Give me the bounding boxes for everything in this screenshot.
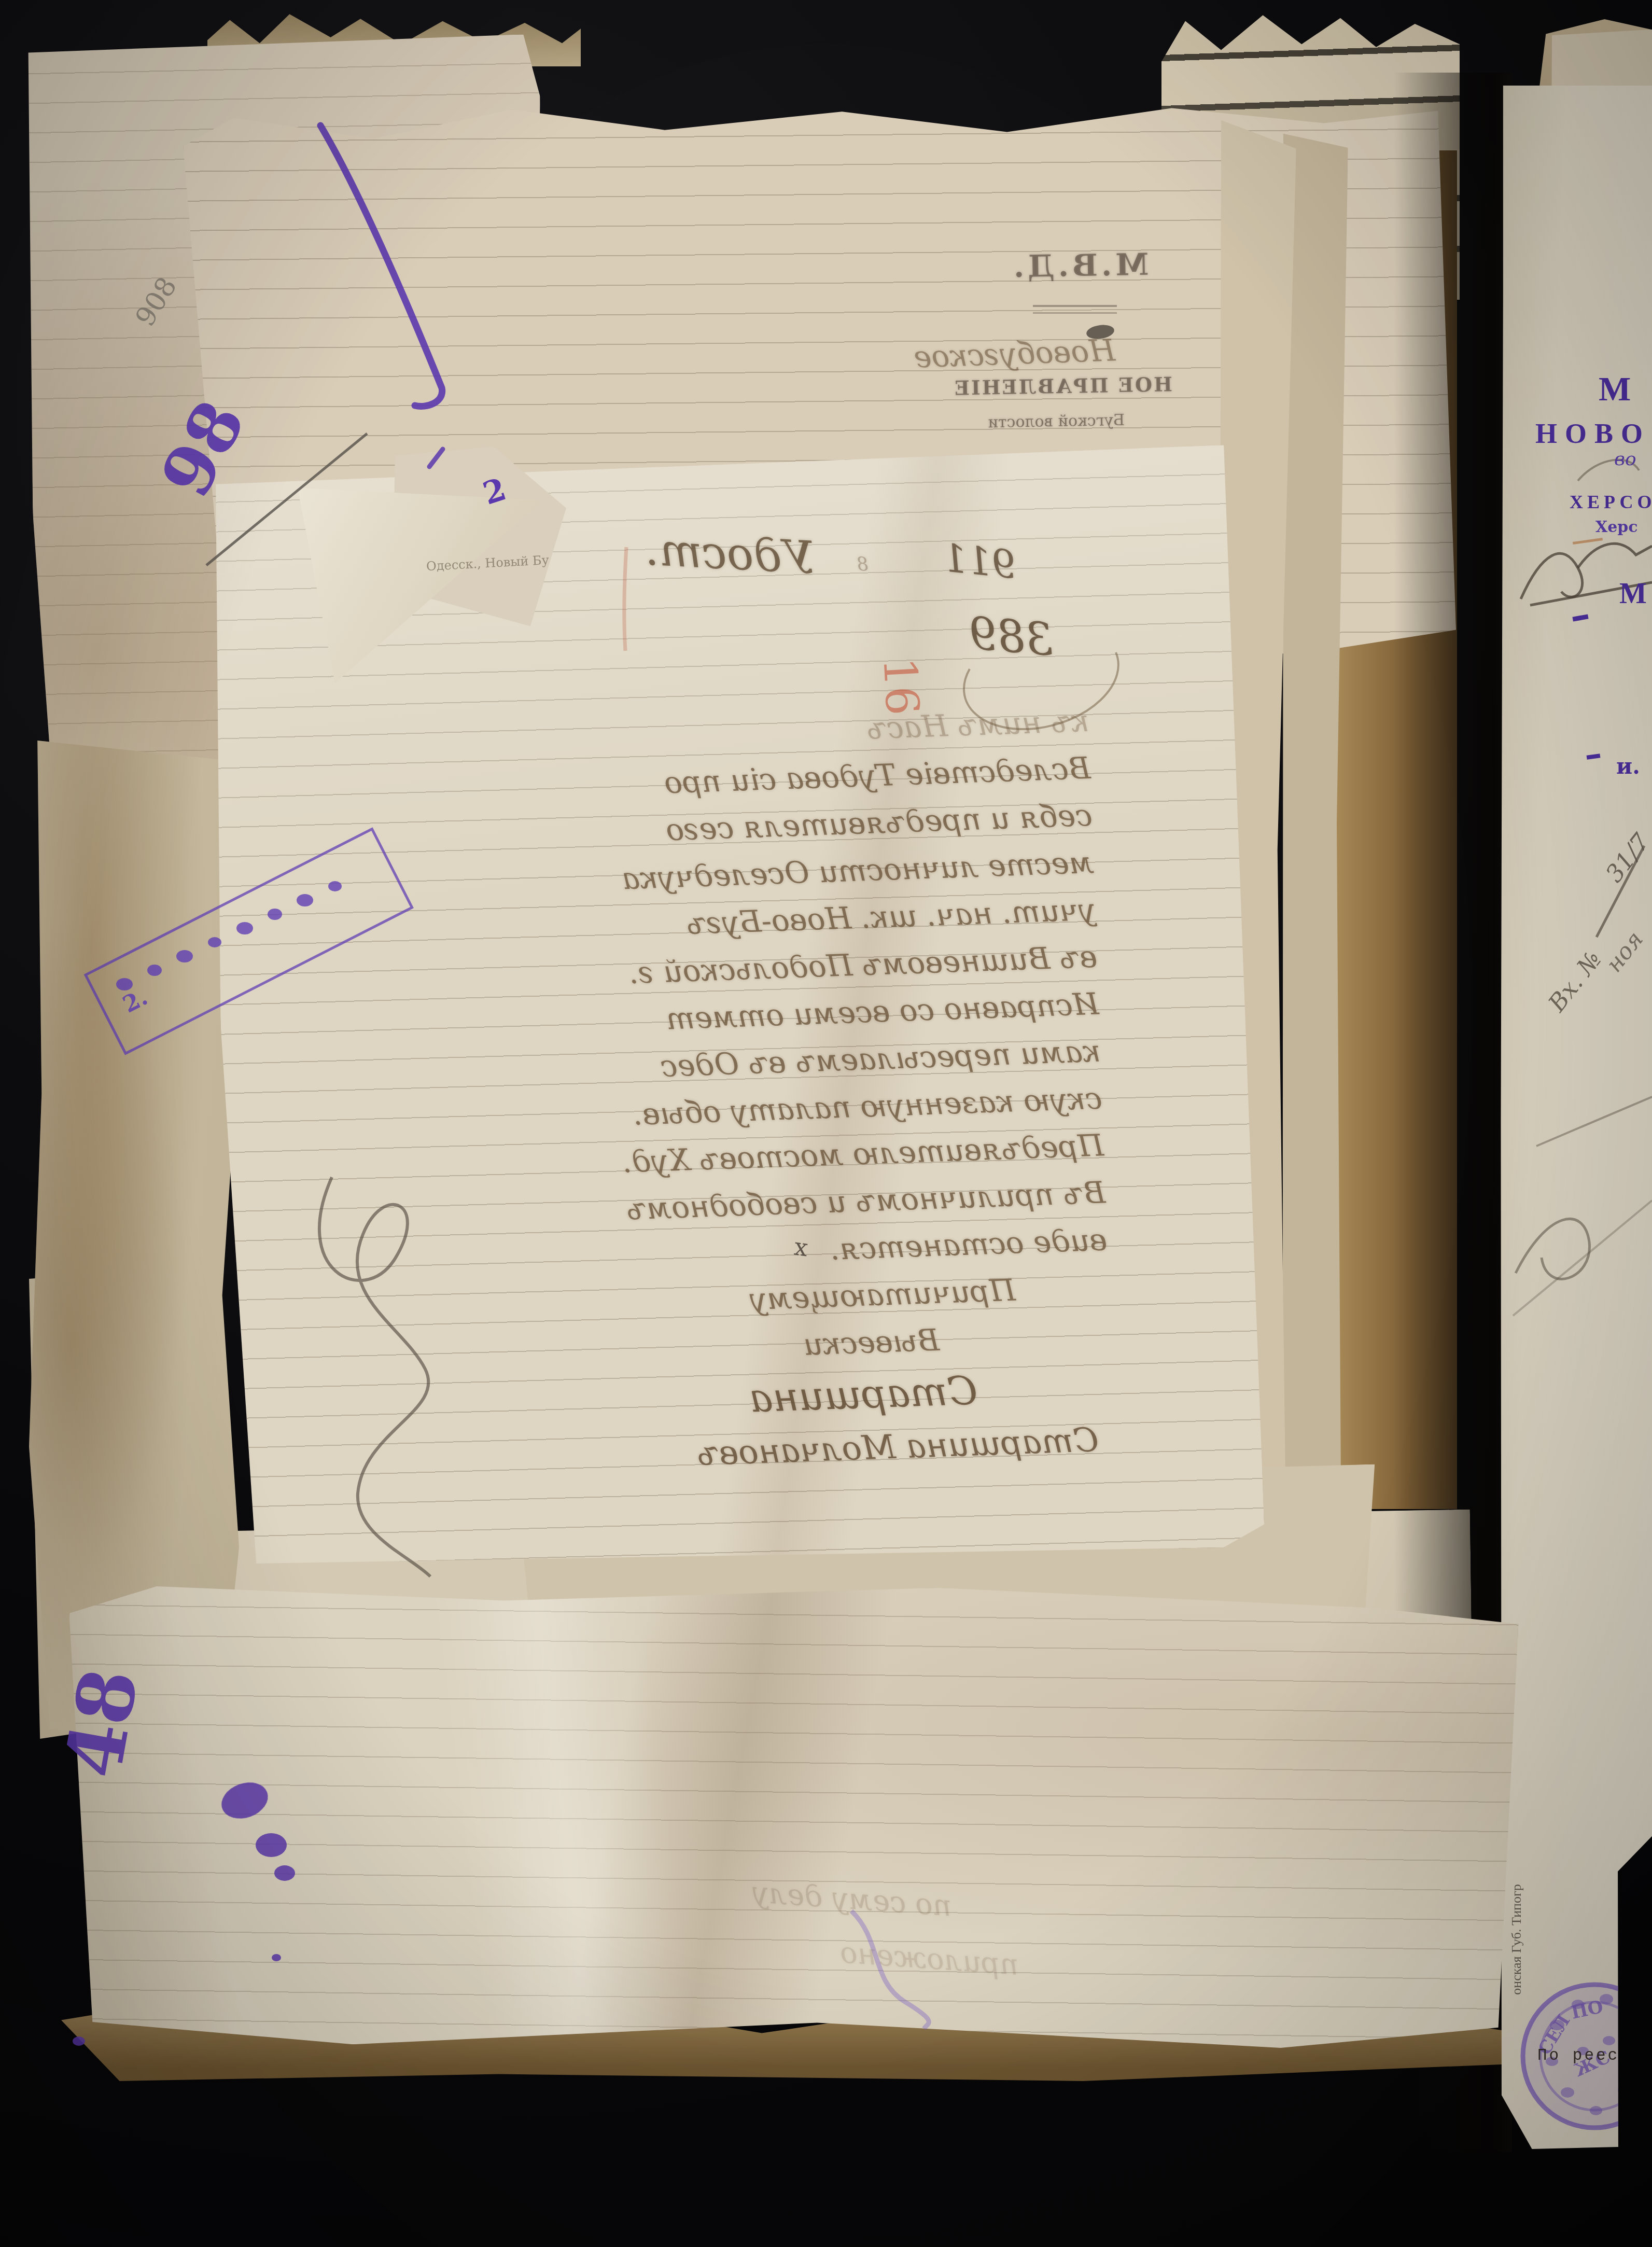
bottom-purple-number: 48	[48, 1662, 157, 1784]
right-letterhead-khers: Херс	[1595, 518, 1638, 536]
stamp-letters: ПО	[1570, 1997, 1605, 2023]
orange-underline	[1573, 538, 1603, 545]
purple-dash	[1572, 614, 1588, 621]
bleedthrough-text-block: къ нимъ Насъ Вследствіе Тудова сіи про с…	[270, 697, 1115, 1494]
letterhead-office-line: НОЕ ПРАВЛЕНІЕ	[953, 372, 1173, 399]
pencil-flourish	[1516, 1219, 1590, 1279]
right-letterhead-kherso: ХЕРСО	[1570, 491, 1652, 513]
letterhead-year: 911	[941, 536, 1018, 588]
pencil-faint-line	[1513, 1201, 1652, 1316]
right-letterhead-vo: во	[1614, 449, 1636, 470]
pencil-long-line	[1536, 1097, 1652, 1146]
right-letterhead-m-mid: М	[1619, 577, 1647, 610]
letterhead-volost-line: Бугской волости	[988, 411, 1125, 432]
entry-note-month: ноя	[1601, 926, 1648, 977]
letter-heading: Удост.	[645, 524, 816, 584]
letterhead-rule	[1033, 305, 1117, 314]
letterhead-ministry: М.В.Д.	[1010, 247, 1149, 285]
registry-typed-text: По реест	[1537, 2047, 1631, 2065]
printer-imprint: онская Губ. Типогр	[1509, 1857, 1524, 2022]
letterhead-script-name: Новобугское	[913, 332, 1116, 375]
letterhead-date-day: 8	[856, 553, 870, 575]
entry-note-number: 31/7	[1600, 828, 1652, 888]
purple-dash	[1587, 753, 1601, 760]
right-letterhead-m-top: М	[1599, 370, 1631, 409]
right-letterhead-i-mark: и.	[1616, 753, 1640, 779]
right-letterhead-novo: НОВО	[1535, 417, 1650, 450]
entry-note-label: Вх. №	[1543, 945, 1607, 1017]
letterhead-doc-number: 389	[967, 607, 1056, 666]
archival-photo: 908 98 2 2. 48 М.В.Д. Новобугское НОЕ ПР…	[0, 0, 1652, 2247]
bottom-crumpled-sheet	[63, 1576, 1519, 2065]
right-page: ПО СЕЛ ЖС М НОВО во ХЕРСО Херс М и. 31/7…	[1500, 86, 1652, 2157]
